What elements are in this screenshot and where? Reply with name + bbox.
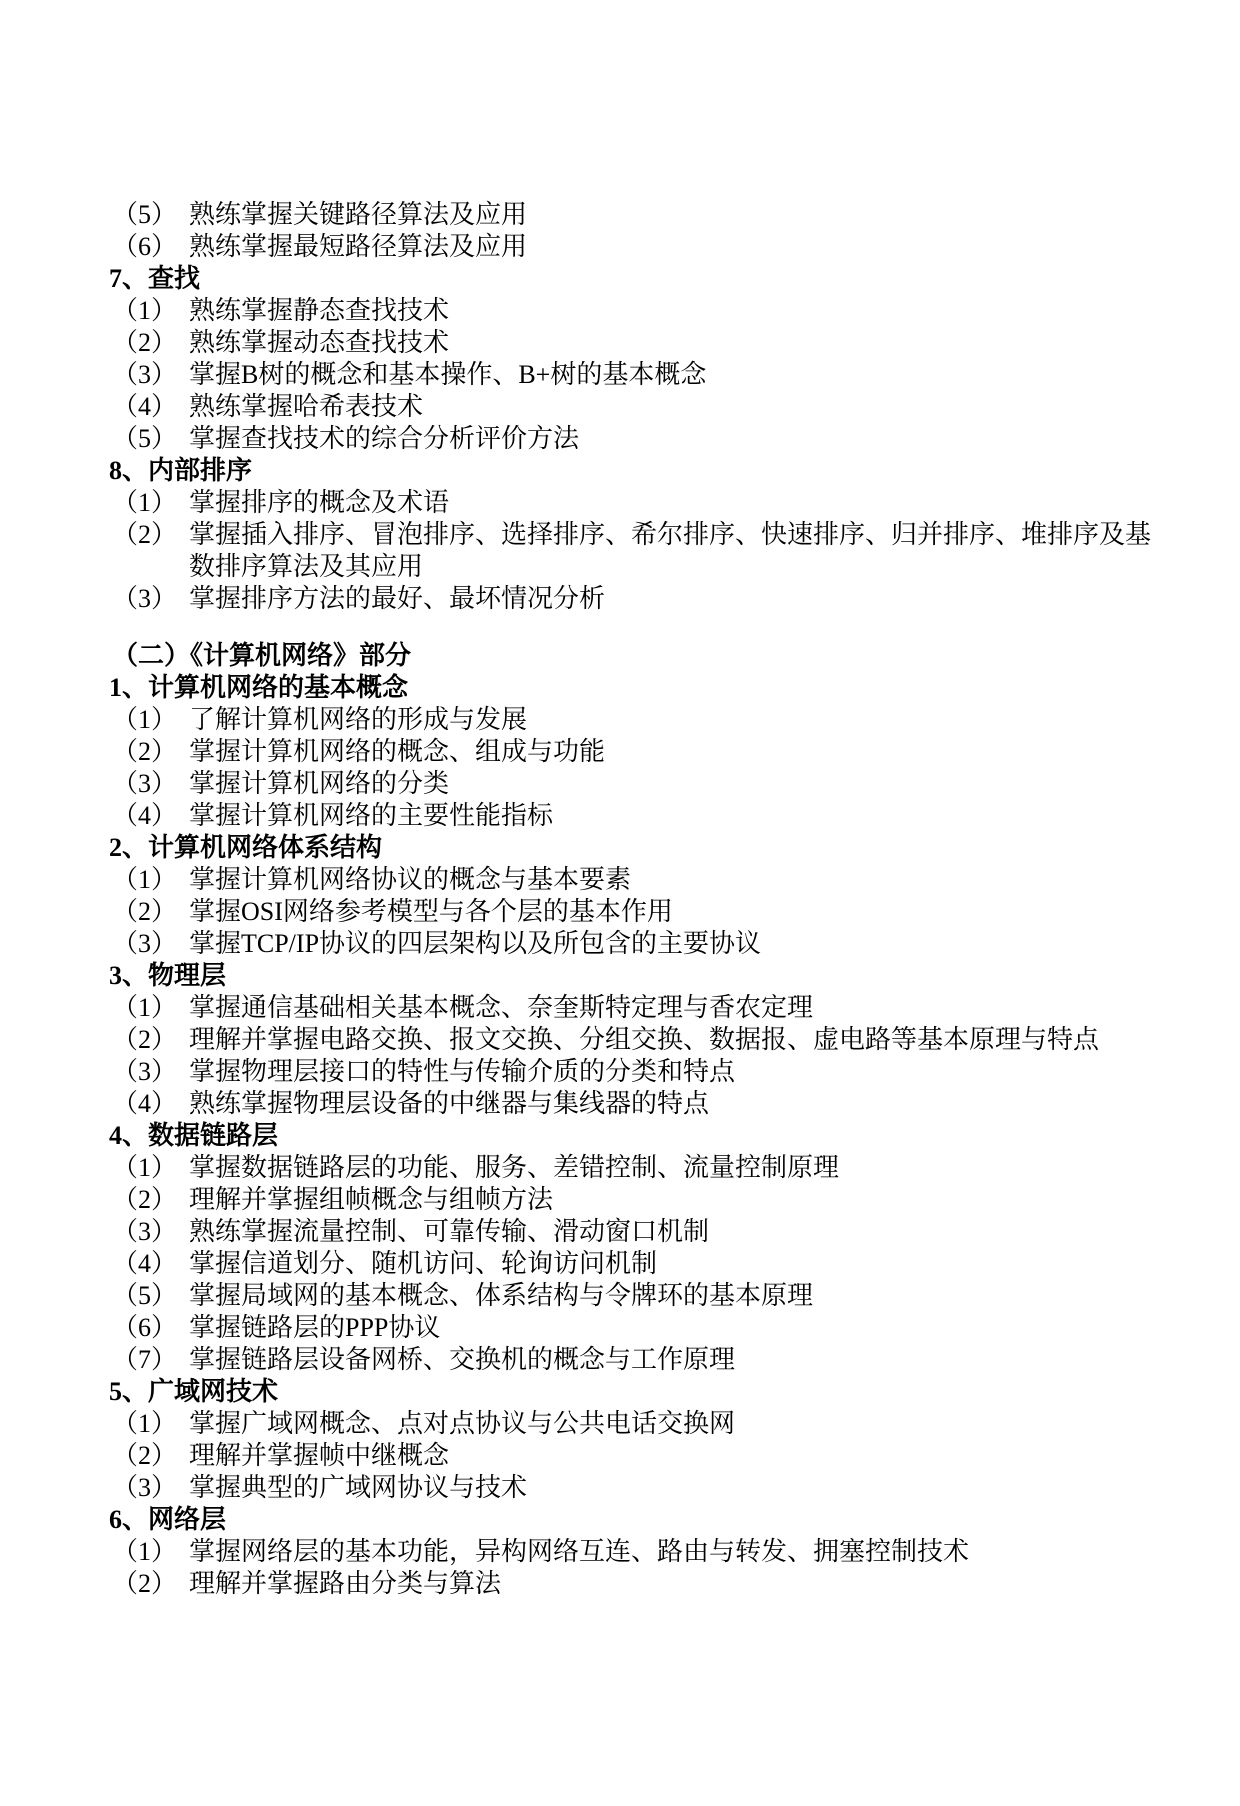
item-text: 熟练掌握最短路径算法及应用 [189,231,527,263]
item-text: 掌握网络层的基本功能，异构网络互连、路由与转发、拥塞控制技术 [189,1536,969,1568]
item-text: 掌握典型的广域网协议与技术 [189,1472,527,1504]
list-item: （1）掌握数据链路层的功能、服务、差错控制、流量控制原理 [0,1152,1240,1184]
item-marker: （1） [112,704,177,736]
item-marker: （3） [112,583,177,615]
item-marker: （3） [112,1472,177,1504]
heading-text: 2、计算机网络体系结构 [109,832,382,864]
item-marker: （2） [112,1184,177,1216]
list-item: （2）熟练掌握动态查找技术 [0,327,1240,359]
list-item: （2）理解并掌握帧中继概念 [0,1440,1240,1472]
heading-text: 3、物理层 [109,960,226,992]
continuation-line: 数排序算法及其应用 [0,551,1240,583]
numbered-heading: 7、查找 [0,263,1240,295]
item-text: 掌握物理层接口的特性与传输介质的分类和特点 [189,1056,735,1088]
list-item: （3）掌握TCP/IP协议的四层架构以及所包含的主要协议 [0,928,1240,960]
item-marker: （1） [112,295,177,327]
item-marker: （1） [112,1152,177,1184]
list-item: （6）熟练掌握最短路径算法及应用 [0,231,1240,263]
item-marker: （6） [112,231,177,263]
list-item: （2）理解并掌握组帧概念与组帧方法 [0,1184,1240,1216]
item-text: 掌握计算机网络的主要性能指标 [189,800,553,832]
heading-text: 6、网络层 [109,1504,226,1536]
item-text: 理解并掌握帧中继概念 [189,1440,449,1472]
item-marker: （4） [112,800,177,832]
list-item: （5）掌握局域网的基本概念、体系结构与令牌环的基本原理 [0,1280,1240,1312]
list-item: （3）熟练掌握流量控制、可靠传输、滑动窗口机制 [0,1216,1240,1248]
item-text: 掌握排序方法的最好、最坏情况分析 [189,583,605,615]
item-marker: （4） [112,1088,177,1120]
item-text: 掌握通信基础相关基本概念、奈奎斯特定理与香农定理 [189,992,813,1024]
numbered-heading: 5、广域网技术 [0,1376,1240,1408]
list-item: （3）掌握计算机网络的分类 [0,768,1240,800]
item-text: 掌握计算机网络的分类 [189,768,449,800]
heading-text: 7、查找 [109,263,200,295]
item-text: 掌握链路层的PPP协议 [189,1312,440,1344]
item-marker: （1） [112,864,177,896]
item-marker: （1） [112,1536,177,1568]
document-content: （5）熟练掌握关键路径算法及应用（6）熟练掌握最短路径算法及应用7、查找（1）熟… [0,199,1240,1600]
item-marker: （3） [112,1056,177,1088]
item-text: 理解并掌握路由分类与算法 [189,1568,501,1600]
blank-line [0,615,1240,640]
list-item: （3）掌握物理层接口的特性与传输介质的分类和特点 [0,1056,1240,1088]
numbered-heading: 6、网络层 [0,1504,1240,1536]
item-text: 熟练掌握哈希表技术 [189,391,423,423]
list-item: （6）掌握链路层的PPP协议 [0,1312,1240,1344]
item-text: 掌握广域网概念、点对点协议与公共电话交换网 [189,1408,735,1440]
item-marker: （2） [112,1024,177,1056]
item-marker: （2） [112,736,177,768]
item-text: 掌握信道划分、随机访问、轮询访问机制 [189,1248,657,1280]
item-marker: （5） [112,1280,177,1312]
item-marker: （2） [112,896,177,928]
item-text: 熟练掌握关键路径算法及应用 [189,199,527,231]
continuation-text: 数排序算法及其应用 [189,551,423,583]
list-item: （4）熟练掌握哈希表技术 [0,391,1240,423]
item-marker: （1） [112,487,177,519]
item-text: 掌握TCP/IP协议的四层架构以及所包含的主要协议 [189,928,761,960]
item-marker: （2） [112,519,177,551]
item-marker: （1） [112,992,177,1024]
item-text: 理解并掌握电路交换、报文交换、分组交换、数据报、虚电路等基本原理与特点 [189,1024,1099,1056]
heading-text: 5、广域网技术 [109,1376,278,1408]
heading-text: 1、计算机网络的基本概念 [109,672,408,704]
item-marker: （1） [112,1408,177,1440]
item-text: 了解计算机网络的形成与发展 [189,704,527,736]
document-page: （5）熟练掌握关键路径算法及应用（6）熟练掌握最短路径算法及应用7、查找（1）熟… [0,0,1240,1806]
numbered-heading: 2、计算机网络体系结构 [0,832,1240,864]
item-text: 熟练掌握物理层设备的中继器与集线器的特点 [189,1088,709,1120]
item-text: 掌握局域网的基本概念、体系结构与令牌环的基本原理 [189,1280,813,1312]
item-text: 理解并掌握组帧概念与组帧方法 [189,1184,553,1216]
numbered-heading: 8、内部排序 [0,455,1240,487]
item-text: 熟练掌握静态查找技术 [189,295,449,327]
item-marker: （5） [112,423,177,455]
item-marker: （6） [112,1312,177,1344]
heading-text: 4、数据链路层 [109,1120,278,1152]
list-item: （7）掌握链路层设备网桥、交换机的概念与工作原理 [0,1344,1240,1376]
item-marker: （4） [112,1248,177,1280]
heading-text: 8、内部排序 [109,455,252,487]
list-item: （4）掌握信道划分、随机访问、轮询访问机制 [0,1248,1240,1280]
item-text: 掌握计算机网络的概念、组成与功能 [189,736,605,768]
list-item: （1）掌握网络层的基本功能，异构网络互连、路由与转发、拥塞控制技术 [0,1536,1240,1568]
item-marker: （2） [112,1440,177,1472]
list-item: （2）理解并掌握电路交换、报文交换、分组交换、数据报、虚电路等基本原理与特点 [0,1024,1240,1056]
list-item: （1）掌握排序的概念及术语 [0,487,1240,519]
item-marker: （3） [112,768,177,800]
list-item: （4）熟练掌握物理层设备的中继器与集线器的特点 [0,1088,1240,1120]
section-heading: （二）《计算机网络》部分 [0,640,1240,672]
list-item: （1）掌握广域网概念、点对点协议与公共电话交换网 [0,1408,1240,1440]
list-item: （4）掌握计算机网络的主要性能指标 [0,800,1240,832]
item-marker: （3） [112,928,177,960]
list-item: （3）掌握B树的概念和基本操作、B+树的基本概念 [0,359,1240,391]
item-text: 掌握B树的概念和基本操作、B+树的基本概念 [189,359,706,391]
item-marker: （3） [112,1216,177,1248]
list-item: （1）熟练掌握静态查找技术 [0,295,1240,327]
item-text: 掌握查找技术的综合分析评价方法 [189,423,579,455]
numbered-heading: 3、物理层 [0,960,1240,992]
list-item: （2）掌握计算机网络的概念、组成与功能 [0,736,1240,768]
item-marker: （4） [112,391,177,423]
list-item: （2）理解并掌握路由分类与算法 [0,1568,1240,1600]
list-item: （5）熟练掌握关键路径算法及应用 [0,199,1240,231]
list-item: （1）了解计算机网络的形成与发展 [0,704,1240,736]
list-item: （1）掌握计算机网络协议的概念与基本要素 [0,864,1240,896]
item-marker: （2） [112,1568,177,1600]
item-text: 掌握插入排序、冒泡排序、选择排序、希尔排序、快速排序、归并排序、堆排序及基 [189,519,1151,551]
numbered-heading: 4、数据链路层 [0,1120,1240,1152]
numbered-heading: 1、计算机网络的基本概念 [0,672,1240,704]
item-text: 熟练掌握流量控制、可靠传输、滑动窗口机制 [189,1216,709,1248]
item-marker: （7） [112,1344,177,1376]
item-text: 熟练掌握动态查找技术 [189,327,449,359]
item-text: 掌握链路层设备网桥、交换机的概念与工作原理 [189,1344,735,1376]
list-item: （3）掌握排序方法的最好、最坏情况分析 [0,583,1240,615]
item-marker: （2） [112,327,177,359]
item-marker: （3） [112,359,177,391]
item-text: 掌握OSI网络参考模型与各个层的基本作用 [189,896,673,928]
item-text: 掌握数据链路层的功能、服务、差错控制、流量控制原理 [189,1152,839,1184]
list-item: （1）掌握通信基础相关基本概念、奈奎斯特定理与香农定理 [0,992,1240,1024]
item-text: 掌握计算机网络协议的概念与基本要素 [189,864,631,896]
item-marker: （5） [112,199,177,231]
list-item: （5）掌握查找技术的综合分析评价方法 [0,423,1240,455]
list-item: （2）掌握OSI网络参考模型与各个层的基本作用 [0,896,1240,928]
list-item: （2）掌握插入排序、冒泡排序、选择排序、希尔排序、快速排序、归并排序、堆排序及基 [0,519,1240,551]
list-item: （3）掌握典型的广域网协议与技术 [0,1472,1240,1504]
item-text: 掌握排序的概念及术语 [189,487,449,519]
section-heading-text: （二）《计算机网络》部分 [112,640,411,672]
